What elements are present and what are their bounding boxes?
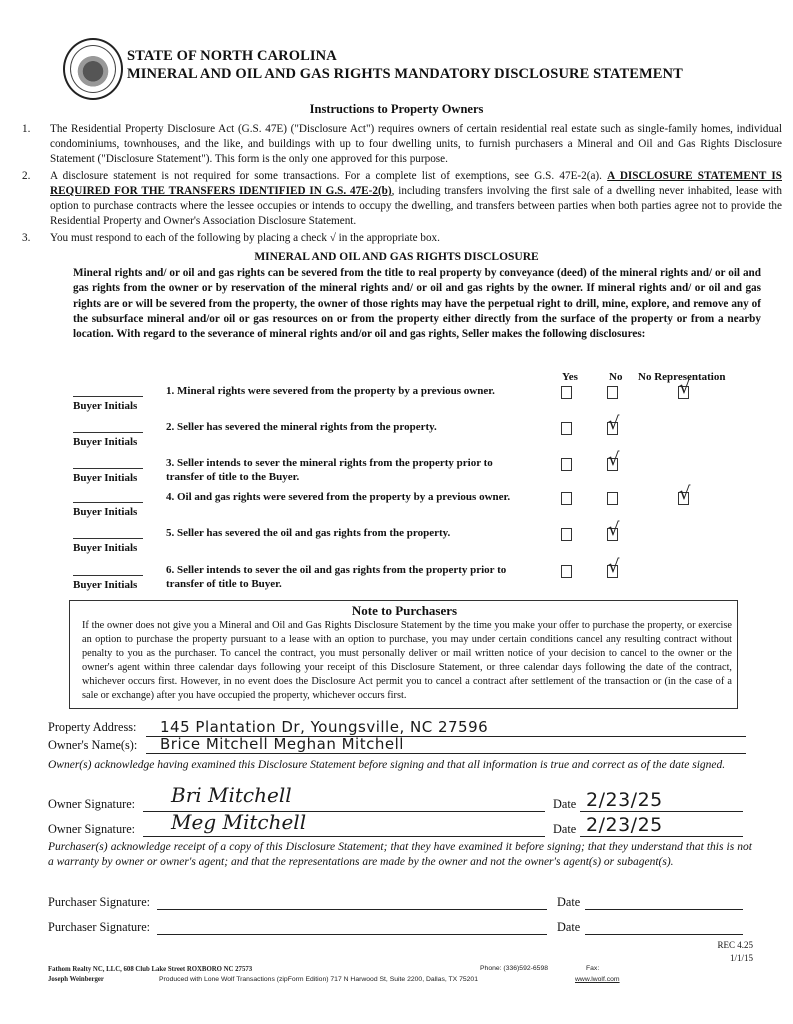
purchaser-signature-label-1: Purchaser Signature:	[48, 895, 150, 910]
owner-date-field-1[interactable]: 2/23/25	[580, 795, 743, 812]
purchaser-date-label-1: Date	[557, 895, 580, 910]
checkbox-no-q3[interactable]: √	[607, 458, 618, 471]
instructions-title: Instructions to Property Owners	[0, 102, 793, 117]
owner-date-2: 2/23/25	[586, 814, 663, 836]
footer-website-link[interactable]: www.lwolf.com	[575, 976, 620, 983]
owner-signature-label-2: Owner Signature:	[48, 822, 135, 837]
owner-date-1: 2/23/25	[586, 789, 663, 811]
state-seal-icon	[63, 38, 123, 100]
owner-date-field-2[interactable]: 2/23/25	[580, 820, 743, 837]
instruction-item: 3. You must respond to each of the follo…	[22, 231, 782, 246]
owner-signature-1: Bri Mitchell	[171, 783, 292, 807]
purchaser-signature-field-2[interactable]	[157, 918, 547, 935]
checkbox-no-q2[interactable]: √	[607, 422, 618, 435]
form-code: REC 4.25	[717, 940, 753, 950]
buyer-initials-label: Buyer Initials	[73, 542, 137, 554]
purchaser-date-field-1[interactable]	[585, 893, 743, 910]
checkmark-icon: √	[608, 451, 619, 469]
purchaser-date-label-2: Date	[557, 920, 580, 935]
form-title: MINERAL AND OIL AND GAS RIGHTS MANDATORY…	[127, 66, 683, 83]
footer-company: Fathom Realty NC, LLC, 608 Club Lake Str…	[48, 966, 252, 973]
owner-date-label-2: Date	[553, 822, 576, 837]
checkmark-icon: √	[608, 415, 619, 433]
column-header-yes: Yes	[562, 371, 578, 383]
checkmark-icon: √	[608, 558, 619, 576]
owners-name-field[interactable]: Brice Mitchell Meghan Mitchell	[146, 738, 746, 754]
buyer-initials-field[interactable]	[73, 468, 143, 469]
buyer-initials-label: Buyer Initials	[73, 436, 137, 448]
owners-name-label: Owner's Name(s):	[48, 738, 137, 753]
owner-acknowledgement: Owner(s) acknowledge having examined thi…	[48, 758, 752, 773]
buyer-initials-field[interactable]	[73, 575, 143, 576]
form-state-title: STATE OF NORTH CAROLINA	[127, 48, 337, 65]
disclosure-section-title: MINERAL AND OIL AND GAS RIGHTS DISCLOSUR…	[0, 251, 793, 263]
checkbox-no-rep-q1[interactable]: √	[678, 386, 689, 399]
checkbox-no-q6[interactable]: √	[607, 565, 618, 578]
buyer-initials-label: Buyer Initials	[73, 400, 137, 412]
checkbox-no-q5[interactable]: √	[607, 528, 618, 541]
note-text: If the owner does not give you a Mineral…	[82, 619, 732, 703]
footer-fax: Fax:	[586, 965, 599, 972]
checkmark-icon: √	[679, 485, 690, 503]
owners-name-value: Brice Mitchell Meghan Mitchell	[160, 735, 404, 753]
purchaser-acknowledgement: Purchaser(s) acknowledge receipt of a co…	[48, 840, 752, 870]
buyer-initials-label: Buyer Initials	[73, 506, 137, 518]
checkbox-no-q4[interactable]	[607, 492, 618, 505]
column-header-no: No	[609, 371, 622, 383]
disclosure-question-6: 6. Seller intends to sever the oil and g…	[166, 563, 526, 591]
owner-signature-field-2[interactable]: Meg Mitchell	[143, 820, 545, 837]
disclosure-question-5: 5. Seller has severed the oil and gas ri…	[166, 526, 526, 540]
instruction-item: 2. A disclosure statement is not require…	[22, 169, 782, 229]
disclosure-paragraph: Mineral rights and/ or oil and gas right…	[73, 266, 761, 342]
property-address-value: 145 Plantation Dr, Youngsville, NC 27596	[160, 718, 488, 736]
owner-date-label-1: Date	[553, 797, 576, 812]
purchaser-signature-label-2: Purchaser Signature:	[48, 920, 150, 935]
note-title: Note to Purchasers	[70, 603, 739, 619]
instruction-item: 1. The Residential Property Disclosure A…	[22, 122, 782, 167]
checkbox-yes-q2[interactable]	[561, 422, 572, 435]
buyer-initials-field[interactable]	[73, 396, 143, 397]
footer-produced-with: Produced with Lone Wolf Transactions (zi…	[159, 976, 478, 983]
checkbox-yes-q6[interactable]	[561, 565, 572, 578]
checkmark-icon: √	[679, 379, 690, 397]
note-to-purchasers-box: Note to Purchasers If the owner does not…	[69, 600, 738, 709]
checkbox-yes-q3[interactable]	[561, 458, 572, 471]
instructions-list: 1. The Residential Property Disclosure A…	[22, 122, 782, 248]
buyer-initials-label: Buyer Initials	[73, 472, 137, 484]
buyer-initials-field[interactable]	[73, 432, 143, 433]
checkbox-yes-q4[interactable]	[561, 492, 572, 505]
buyer-initials-label: Buyer Initials	[73, 579, 137, 591]
checkmark-icon: √	[608, 521, 619, 539]
buyer-initials-field[interactable]	[73, 538, 143, 539]
disclosure-question-3: 3. Seller intends to sever the mineral r…	[166, 456, 526, 484]
disclosure-question-2: 2. Seller has severed the mineral rights…	[166, 420, 526, 434]
owner-signature-2: Meg Mitchell	[171, 810, 306, 834]
checkbox-no-q1[interactable]	[607, 386, 618, 399]
checkbox-yes-q1[interactable]	[561, 386, 572, 399]
checkbox-yes-q5[interactable]	[561, 528, 572, 541]
form-revision-date: 1/1/15	[730, 953, 753, 963]
disclosure-question-1: 1. Mineral rights were severed from the …	[166, 384, 526, 398]
purchaser-signature-field-1[interactable]	[157, 893, 547, 910]
footer-phone: Phone: (336)592-6598	[480, 965, 548, 972]
checkbox-no-rep-q4[interactable]: √	[678, 492, 689, 505]
footer-agent: Joseph Weinberger	[48, 976, 104, 983]
purchaser-date-field-2[interactable]	[585, 918, 743, 935]
property-address-label: Property Address:	[48, 720, 136, 735]
disclosure-question-4: 4. Oil and gas rights were severed from …	[166, 490, 526, 504]
owner-signature-label-1: Owner Signature:	[48, 797, 135, 812]
buyer-initials-field[interactable]	[73, 502, 143, 503]
